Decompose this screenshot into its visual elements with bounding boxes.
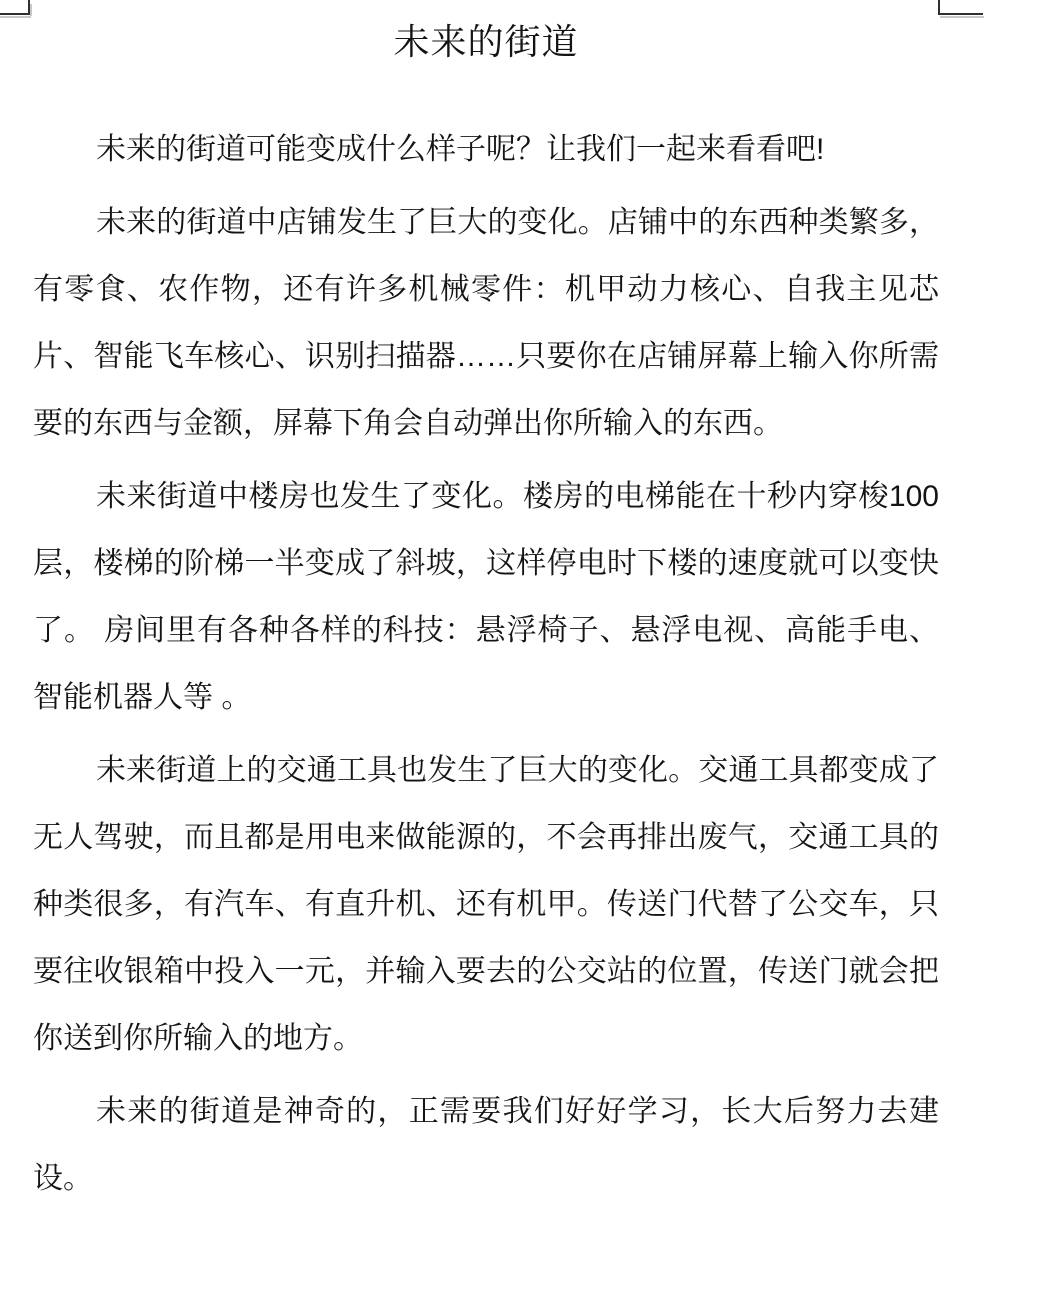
paragraph: 未来的街道是神奇的，正需要我们好好学习，长大后努力去建设。 bbox=[33, 1078, 939, 1212]
essay-body: 未来的街道 未来的街道可能变成什么样子呢？让我们一起来看看吧! 未来的街道中店铺… bbox=[33, 0, 939, 1218]
paragraph: 未来街道上的交通工具也发生了巨大的变化。交通工具都变成了无人驾驶，而且都是用电来… bbox=[33, 737, 939, 1072]
paragraph: 未来的街道可能变成什么样子呢？让我们一起来看看吧! bbox=[33, 116, 939, 183]
paragraph: 未来街道中楼房也发生了变化。楼房的电梯能在十秒内穿梭100层，楼梯的阶梯一半变成… bbox=[33, 463, 939, 731]
document-page: 未来的街道 未来的街道可能变成什么样子呢？让我们一起来看看吧! 未来的街道中店铺… bbox=[0, 0, 1064, 1311]
essay-title: 未来的街道 bbox=[33, 20, 939, 64]
paragraph: 未来的街道中店铺发生了巨大的变化。店铺中的东西种类繁多，有零食、农作物，还有许多… bbox=[33, 189, 939, 457]
